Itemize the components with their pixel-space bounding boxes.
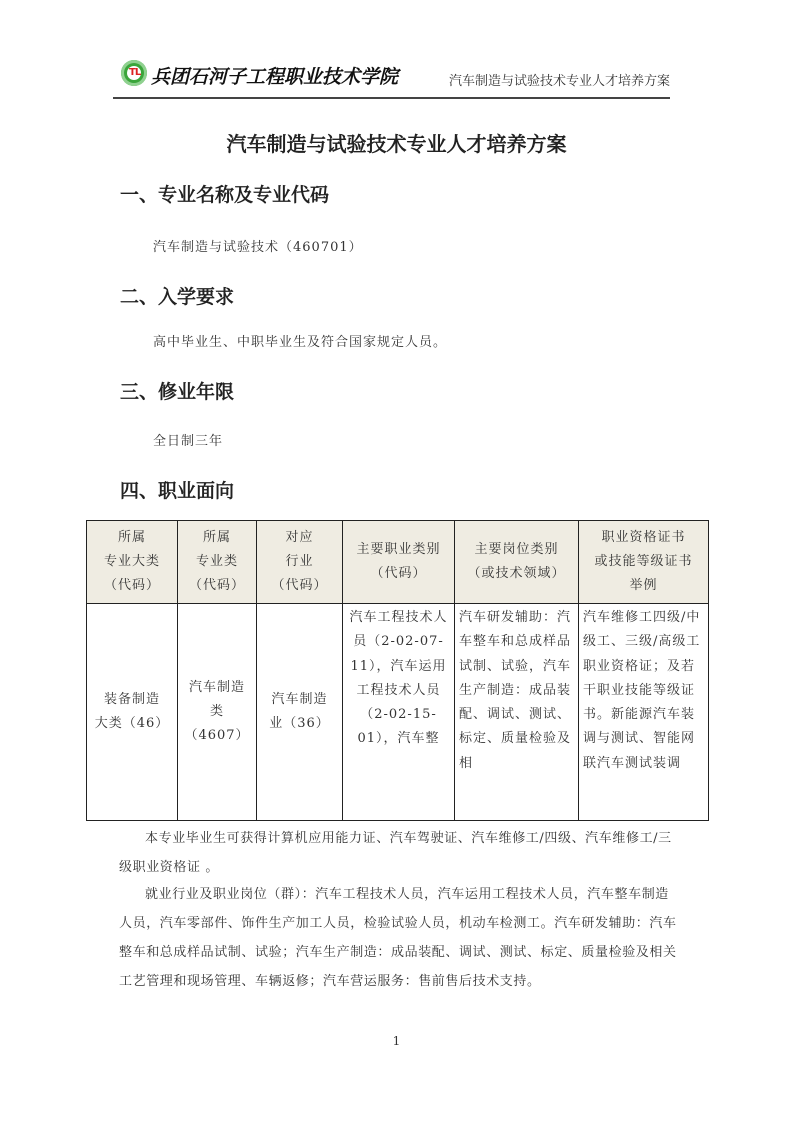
- occupation-table: 所属 专业大类 （代码） 所属 专业类 （代码） 对应 行业 （代码） 主要职业…: [86, 520, 709, 821]
- study-duration: 全日制三年: [153, 430, 223, 449]
- cell-industry: 汽车制造 业（36）: [257, 604, 343, 821]
- cell-line: 业（36）: [261, 712, 338, 736]
- header-line: （或技术领域）: [459, 562, 574, 586]
- page-header: TL 兵团石河子工程职业技术学院 汽车制造与试验技术专业人才培养方案: [113, 54, 670, 98]
- cell-text: 汽车工程技术人员（2-02-07-11），汽车运用工程技术人员（2-02-15-…: [347, 604, 450, 820]
- cell-line: （4607）: [182, 724, 252, 748]
- cell-occupation: 汽车工程技术人员（2-02-07-11），汽车运用工程技术人员（2-02-15-…: [343, 604, 455, 821]
- header-line: （代码）: [347, 562, 450, 586]
- cell-line: 大类（46）: [91, 712, 173, 736]
- header-line: 行业: [261, 550, 338, 574]
- header-line: 主要岗位类别: [459, 538, 574, 562]
- col-header-major-category: 所属 专业大类 （代码）: [87, 521, 178, 604]
- employment-paragraph: 就业行业及职业岗位（群）：汽车工程技术人员，汽车运用工程技术人员，汽车整车制造人…: [119, 880, 681, 996]
- running-header-title: 汽车制造与试验技术专业人才培养方案: [449, 70, 670, 89]
- cell-line: 装备制造: [91, 688, 173, 712]
- cell-certificates: 汽车维修工四级/中级工、三级/高级工职业资格证；及若干职业技能等级证书。新能源汽…: [579, 604, 709, 821]
- header-line: 所属: [91, 526, 173, 550]
- header-line: 所属: [182, 526, 252, 550]
- col-header-positions: 主要岗位类别 （或技术领域）: [455, 521, 579, 604]
- table-header-row: 所属 专业大类 （代码） 所属 专业类 （代码） 对应 行业 （代码） 主要职业…: [87, 521, 709, 604]
- section-heading-2: 二、入学要求: [120, 282, 234, 309]
- header-line: 举例: [583, 574, 704, 598]
- col-header-industry: 对应 行业 （代码）: [257, 521, 343, 604]
- cell-text: 汽车研发辅助：汽车整车和总成样品试制、试验，汽车生产制造：成品装配、调试、测试、…: [459, 604, 574, 820]
- admission-requirements: 高中毕业生、中职毕业生及符合国家规定人员。: [153, 331, 447, 350]
- col-header-certificates: 职业资格证书 或技能等级证书 举例: [579, 521, 709, 604]
- section-heading-4: 四、职业面向: [120, 476, 234, 503]
- cell-major-category: 装备制造 大类（46）: [87, 604, 178, 821]
- certificates-paragraph: 本专业毕业生可获得计算机应用能力证、汽车驾驶证、汽车维修工/四级、汽车维修工/三…: [119, 824, 681, 882]
- header-line: （代码）: [91, 574, 173, 598]
- header-line: 主要职业类别: [347, 538, 450, 562]
- header-line: （代码）: [261, 574, 338, 598]
- section-heading-3: 三、修业年限: [120, 377, 234, 404]
- logo-mark: TL: [129, 66, 140, 80]
- header-line: 对应: [261, 526, 338, 550]
- school-logo-icon: TL: [121, 60, 147, 86]
- header-line: 职业资格证书: [583, 526, 704, 550]
- header-line: 专业类: [182, 550, 252, 574]
- col-header-major-class: 所属 专业类 （代码）: [178, 521, 257, 604]
- cell-line: 汽车制造: [261, 688, 338, 712]
- header-divider: [113, 97, 670, 99]
- cell-text: 汽车维修工四级/中级工、三级/高级工职业资格证；及若干职业技能等级证书。新能源汽…: [583, 604, 704, 820]
- cell-line: 汽车制造: [182, 676, 252, 700]
- document-title: 汽车制造与试验技术专业人才培养方案: [0, 128, 793, 157]
- section-heading-1: 一、专业名称及专业代码: [120, 180, 329, 207]
- table-row: 装备制造 大类（46） 汽车制造 类 （4607） 汽车制造 业（36） 汽车工…: [87, 604, 709, 821]
- cell-line: 类: [182, 700, 252, 724]
- header-line: 或技能等级证书: [583, 550, 704, 574]
- major-name-code: 汽车制造与试验技术（460701）: [153, 236, 363, 255]
- header-line: （代码）: [182, 574, 252, 598]
- cell-positions: 汽车研发辅助：汽车整车和总成样品试制、试验，汽车生产制造：成品装配、调试、测试、…: [455, 604, 579, 821]
- school-name: 兵团石河子工程职业技术学院: [151, 62, 398, 89]
- col-header-occupation: 主要职业类别 （代码）: [343, 521, 455, 604]
- header-line: 专业大类: [91, 550, 173, 574]
- page-number: 1: [0, 1034, 793, 1048]
- cell-major-class: 汽车制造 类 （4607）: [178, 604, 257, 821]
